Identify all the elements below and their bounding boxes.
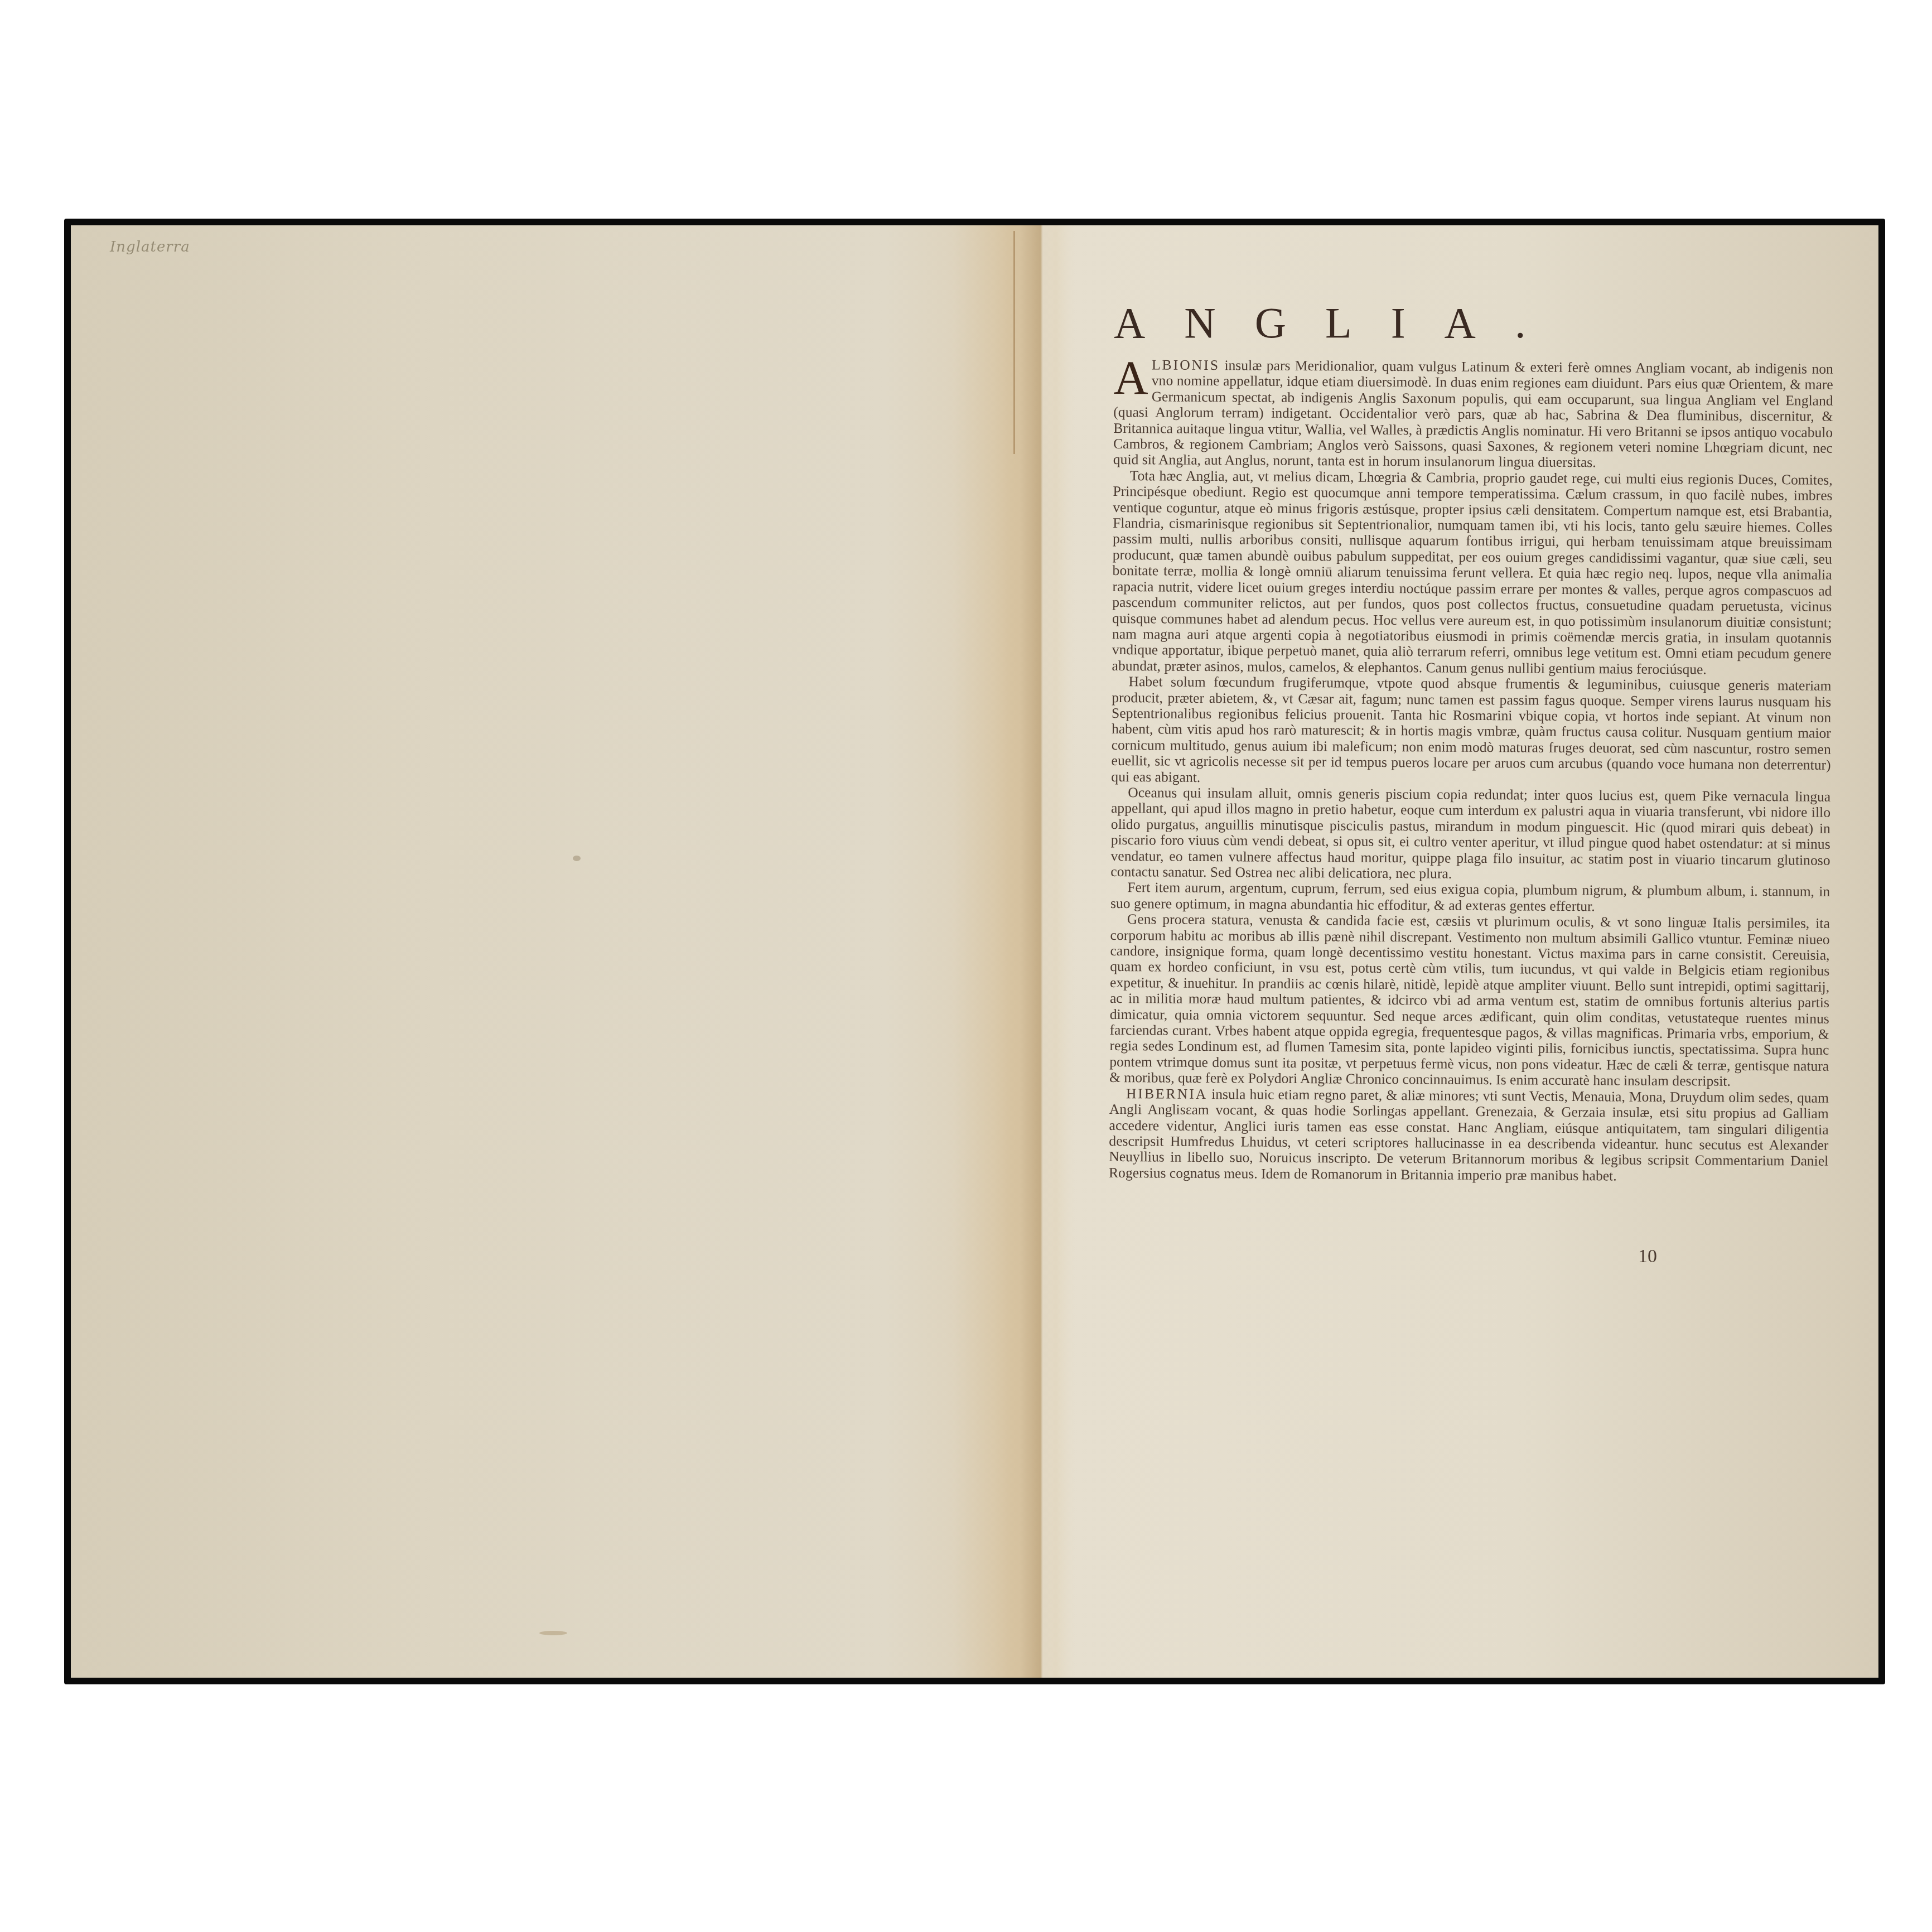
page-title: ANGLIA. [1114, 298, 1839, 348]
gutter-fold-line [1013, 231, 1015, 454]
handwritten-marginalia: Inglaterra [110, 239, 190, 255]
paragraph-4: Oceanus qui insulam alluit, omnis generi… [1110, 785, 1830, 884]
latin-text-column: ALBIONIS insulæ pars Meridionalior, quam… [1109, 357, 1833, 1185]
paragraph-text: insula huic etiam regno paret, & aliæ mi… [1109, 1086, 1829, 1184]
paragraph-7: HIBERNIA insula huic etiam regno paret, … [1109, 1086, 1829, 1185]
paragraph-text: Habet solum fœcundum frugiferumque, vtpo… [1111, 673, 1831, 785]
paragraph-3: Habet solum fœcundum frugiferumque, vtpo… [1111, 674, 1831, 789]
foxing-spot [573, 856, 581, 861]
paragraph-text: insulæ pars Meridionalior, quam vulgus L… [1113, 357, 1833, 471]
paragraph-2: Tota hæc Anglia, aut, vt melius dicam, L… [1112, 468, 1833, 678]
paragraph-5: Fert item aurum, argentum, cuprum, ferru… [1110, 880, 1830, 916]
paragraph-1: ALBIONIS insulæ pars Meridionalior, quam… [1113, 357, 1833, 472]
drop-cap: A [1114, 359, 1149, 396]
paragraph-text: Fert item aurum, argentum, cuprum, ferru… [1110, 880, 1830, 915]
lead-smallcaps: LBIONIS [1152, 356, 1220, 373]
left-page-blank: Inglaterra [71, 225, 991, 1678]
paragraph-text: Gens procera statura, venusta & candida … [1109, 911, 1830, 1089]
page-number: 10 [1638, 1246, 1657, 1267]
foxing-spot [539, 1631, 567, 1635]
paragraph-text: Tota hæc Anglia, aut, vt melius dicam, L… [1112, 467, 1833, 677]
paragraph-6: Gens procera statura, venusta & candida … [1109, 911, 1830, 1090]
page-frame: Inglaterra ANGLIA. ALBIONIS insulæ pars … [64, 219, 1885, 1684]
lead-smallcaps: HIBERNIA [1126, 1085, 1207, 1102]
paragraph-text: Oceanus qui insulam alluit, omnis generi… [1110, 784, 1830, 882]
